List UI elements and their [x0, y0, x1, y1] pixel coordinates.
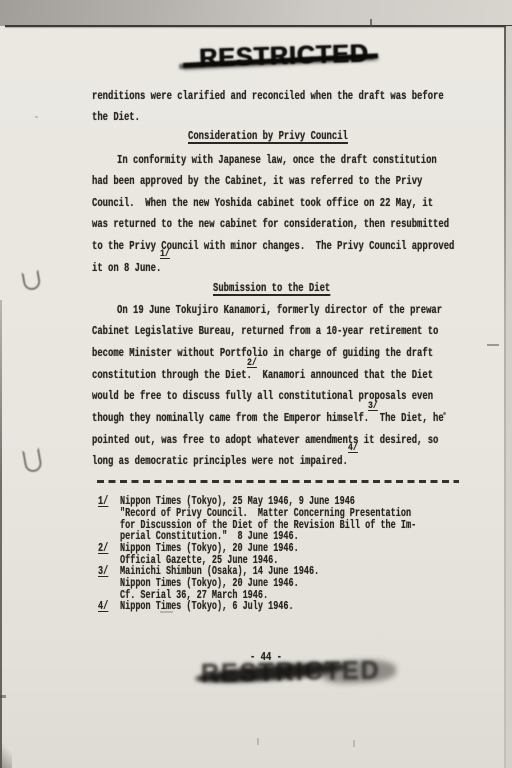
section-heading-privy-council: Consideration by Privy Council	[188, 130, 348, 142]
body-line: become Minister without Portfolio in cha…	[92, 347, 433, 359]
scan-speck	[257, 738, 259, 745]
scan-speck	[487, 344, 499, 346]
footnote-line: Mainichi Shimbun (Osaka), 14 June 1946.	[120, 566, 319, 577]
footnote-reference-1: 1/	[160, 249, 170, 259]
section-heading-submission-diet: Submission to the Diet	[213, 282, 330, 294]
footnote-marker: 1/	[98, 496, 108, 507]
body-line: though they nominally came from the Empe…	[92, 412, 444, 424]
footnote-reference-2: 2/	[247, 358, 257, 368]
footnote-line: Nippon Times (Tokyo), 25 May 1946, 9 Jun…	[120, 496, 355, 507]
scan-speck	[0, 695, 6, 698]
scanner-background-strip	[0, 0, 512, 26]
body-line: Cabinet Legislative Bureau, returned fro…	[92, 325, 438, 337]
footnote-line: perial Constitution." 8 June 1946.	[120, 531, 299, 542]
body-line: to the Privy Council with minor changes.…	[92, 240, 454, 252]
margin-mark	[21, 270, 41, 292]
footnote-line: Nippon Times (Tokyo), 20 June 1946.	[120, 543, 299, 554]
scan-speck	[35, 116, 38, 118]
body-line: In conformity with Japanese law, once th…	[117, 154, 437, 166]
body-line: Council. When the new Yoshida cabinet to…	[92, 197, 433, 209]
footnote-reference-3: 3/	[368, 401, 378, 411]
footnote-line: "Record of Privy Council. Matter Concern…	[120, 508, 411, 519]
page-top-edge	[5, 25, 512, 27]
footnote-line: Nippon Times (Tokyo), 20 June 1946.	[120, 578, 299, 589]
body-line: was returned to the new cabinet for cons…	[92, 218, 449, 230]
scanned-document-page: RESTRICTED renditions were clarified and…	[0, 0, 512, 768]
footnote-marker: 3/	[98, 566, 108, 577]
footnote-marker: 2/	[98, 543, 108, 554]
body-line: had been approved by the Cabinet, it was…	[92, 175, 422, 187]
body-line: the Diet.	[92, 111, 140, 123]
scan-speck	[353, 740, 355, 747]
scan-speck	[160, 611, 173, 613]
scan-speck	[443, 412, 446, 415]
bottom-left-smudge	[0, 740, 12, 768]
body-line: pointed out, was free to adopt whatever …	[92, 434, 438, 446]
restricted-stamp-top: RESTRICTED	[199, 40, 369, 74]
footnote-reference-4: 4/	[348, 443, 358, 453]
body-line: it on 8 June.	[92, 262, 161, 274]
body-line: would be free to discuss fully all const…	[92, 390, 433, 402]
body-line: constitution through the Diet. Kanamori …	[92, 369, 433, 381]
footnote-marker: 4/	[98, 601, 108, 612]
body-line: On 19 June Tokujiro Kanamori, formerly d…	[117, 304, 442, 316]
footnote-separator	[97, 480, 459, 483]
page-edge-tick	[370, 19, 372, 27]
footnote-line: Nippon Times (Tokyo), 6 July 1946.	[120, 601, 294, 612]
body-line: renditions were clarified and reconciled…	[92, 90, 444, 102]
body-line: long as democratic principles were not i…	[92, 455, 348, 467]
page-right-margin-strip	[506, 26, 512, 768]
margin-mark	[22, 448, 43, 474]
restricted-stamp-bottom: RESTRICTED	[201, 656, 381, 688]
